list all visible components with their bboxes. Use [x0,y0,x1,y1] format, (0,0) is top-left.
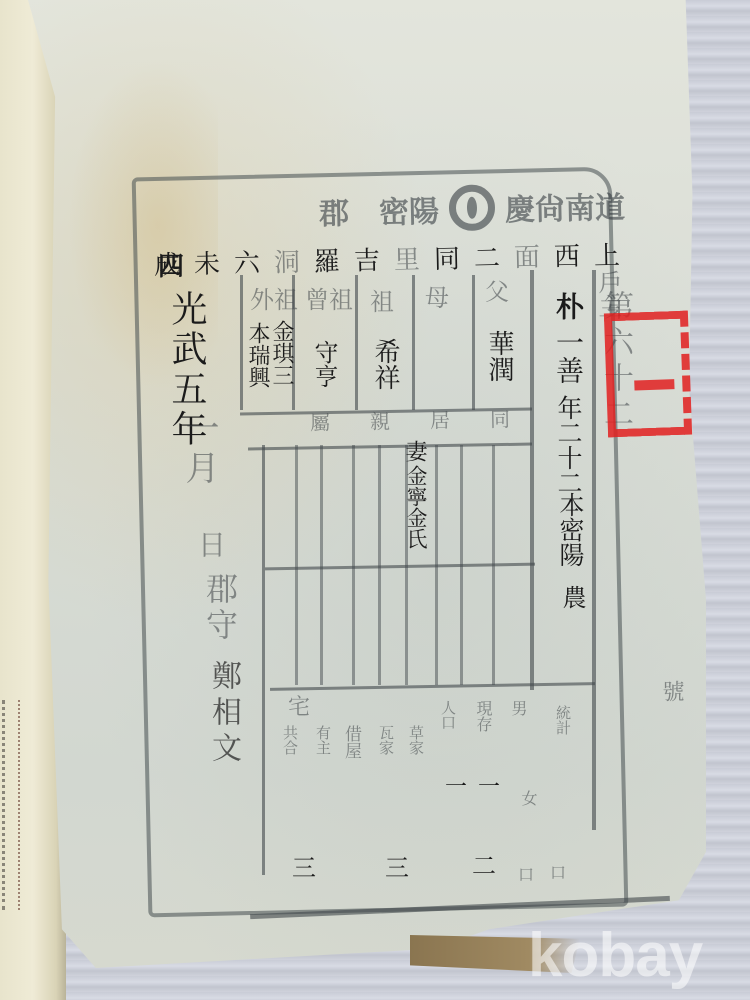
province-name: 慶尙南道 [505,183,626,230]
watermark: kobay [528,920,702,991]
maternal-grandfather-origin: 本瑞興 [246,322,268,388]
column-rule [412,275,415,410]
cohabitants-header-char: 屬 [310,406,331,435]
stat-value-male: 一 [478,770,500,801]
stat-label-thatch: 草家 [408,725,423,755]
stat-label-tile: 瓦家 [378,725,393,755]
householder-origin: 本密陽 [558,492,583,567]
householder-surname: 朴 [554,292,582,320]
era: 光武 [166,290,207,370]
maternal-grandfather-name: 金琪三 [270,320,292,386]
father-name: 華潤 [486,330,512,382]
header-mother: 母 [425,278,449,313]
official-title: 郡守 [204,572,236,644]
cohabitants-header-char: 同 [490,403,511,432]
column-rule [240,275,243,410]
stat-label-population: 人口 [440,700,455,730]
address-char: 吉 [354,240,381,278]
address-char: 羅 [314,240,341,278]
county-name: 密陽 [379,187,440,232]
householder-occupation: 農 [560,585,584,609]
column-rule [592,270,596,830]
stat-label-total: 共合 [282,725,297,755]
header-province-row: 慶尙南道 密陽 郡 [205,181,626,238]
address-char: 面 [514,236,541,274]
grid-rule [262,445,265,875]
grid-rule [320,445,323,685]
header-father: 父 [485,272,509,307]
cohabitant-name: 金寧金氏 [405,465,426,549]
householder-age: 年二十二 [556,395,581,495]
stat-label-owned: 有主 [315,725,330,755]
red-official-seal [604,311,692,438]
address-char: 未 [193,243,220,281]
address-char: 六 [233,242,260,280]
header-grandfather: 祖 [370,282,394,317]
stat-label-male: 男 [510,700,526,716]
stat-value-population: 二 [472,846,496,881]
address-char: 同 [434,238,461,276]
stat-value-total-houses: 三 [292,848,316,883]
header-great-grandfather: 曾祖 [305,280,353,315]
date-day: 日 [196,530,224,558]
stat-value-thatch: 三 [385,848,409,883]
header-maternal-grandfather: 外祖 [250,280,298,315]
stat-label-female: 女 [520,790,536,806]
great-grandfather-name: 守亨 [312,340,336,388]
seal-stroke [634,379,674,390]
stat-value-female: 一 [445,770,467,801]
district-suffix: 郡 [319,188,350,233]
grandfather-name: 希祥 [372,338,398,390]
address-char: 里 [394,239,421,277]
date-month: 一月 [182,410,216,490]
right-edge-mark: 號 [660,680,682,702]
stat-label-statistics: 統計 [555,705,570,735]
cohabitants-header: 同 居 親 屬 [290,403,530,436]
circle-seal-icon [449,184,496,231]
column-rule [530,270,534,690]
column-rule [355,275,358,410]
address-char: 洞 [273,241,300,279]
page-border-mark [2,700,20,910]
cohabitants-header-char: 親 [370,405,391,434]
cohabitants-header-char: 居 [430,404,451,433]
stat-value-mark: 口 [518,862,534,885]
address-char: 西 [554,235,581,273]
stat-value-mark: 口 [550,860,566,883]
grid-rule [295,445,298,685]
header-left-mark: 四 [158,246,184,283]
householder-given-name: 一善 [554,328,582,384]
cohabitant-relation: 妻 [403,440,425,462]
official-name: 鄭相文 [208,660,238,768]
column-rule [472,275,475,410]
address-char: 上 [594,235,621,273]
stat-label-existing: 現存 [475,700,491,732]
stat-label-house: 宅 [288,690,310,721]
stat-label-rented: 借屋 [342,725,359,759]
address-char: 二 [474,237,501,275]
